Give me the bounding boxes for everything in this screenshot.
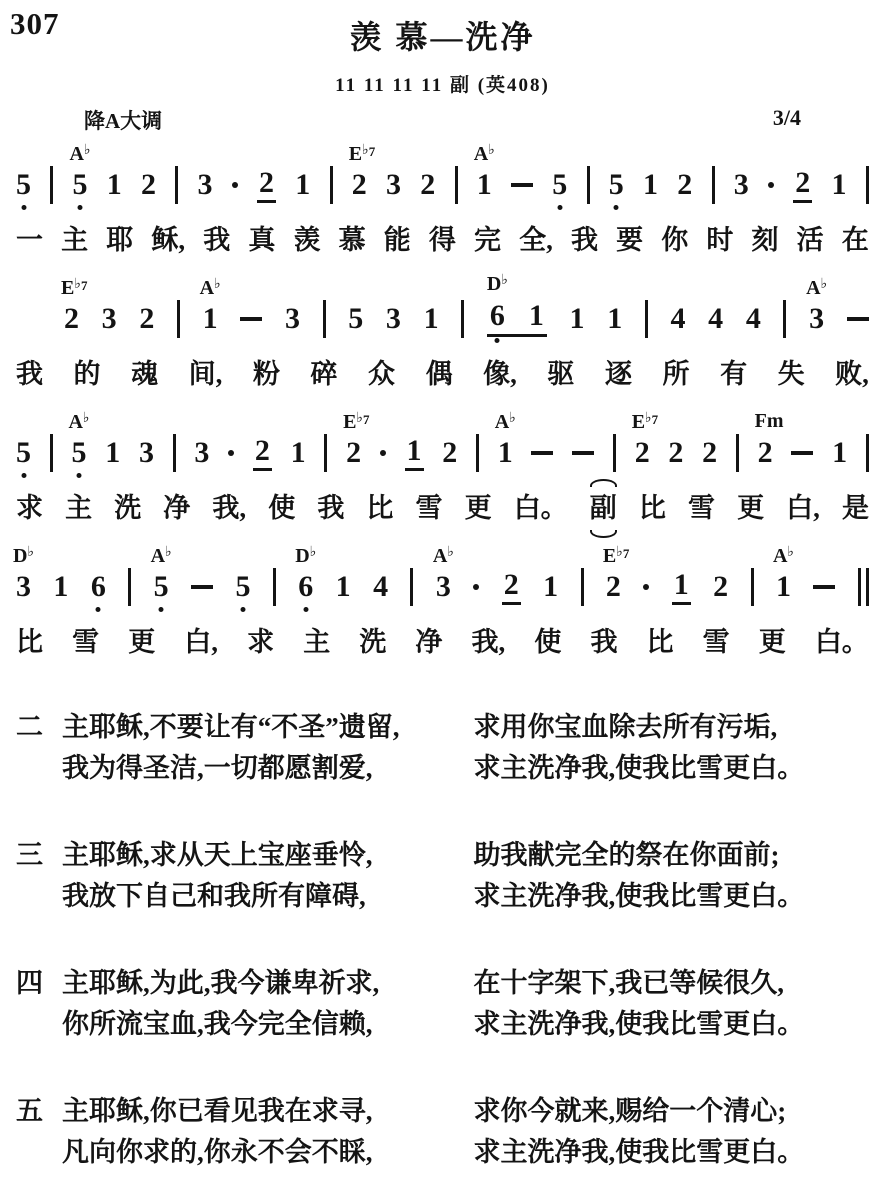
note: 5 bbox=[16, 170, 31, 200]
verse-line: 求主洗净我,使我比雪更白。 bbox=[474, 1004, 870, 1045]
lyric-unit: 一 bbox=[16, 222, 43, 259]
flat-sign: ♭ bbox=[362, 142, 369, 158]
note: 1 bbox=[643, 170, 658, 200]
barline bbox=[177, 300, 180, 338]
lyric-unit: 偶 bbox=[426, 356, 453, 393]
note: 3 bbox=[386, 304, 401, 334]
note: 1A♭ bbox=[203, 304, 218, 334]
note: 1 bbox=[607, 304, 622, 334]
music-system-3: 55A♭133212E♭7121A♭2E♭7222Fm1求主洗净我,使我比雪更白… bbox=[16, 433, 869, 527]
music-notation: 55A♭123212E♭7321A♭5512321一主耶稣,我真羡慕能得完全,我… bbox=[16, 165, 869, 661]
verse-column-left: 主耶稣,求从天上宝座垂怜, 我放下自己和我所有障碍, bbox=[62, 835, 458, 917]
note: 6D♭ bbox=[298, 572, 313, 602]
note: 5 bbox=[16, 438, 31, 468]
lyric-unit: 洗 bbox=[359, 624, 386, 661]
note: 1 bbox=[53, 572, 68, 602]
note: 6 bbox=[490, 301, 505, 331]
note: 1 bbox=[832, 438, 847, 468]
lyric-unit: 能 bbox=[384, 222, 411, 259]
note: 1 bbox=[107, 170, 122, 200]
note: 4 bbox=[708, 304, 723, 334]
barline bbox=[173, 434, 176, 472]
chord-root: A bbox=[806, 277, 820, 299]
flat-sign: ♭ bbox=[501, 272, 508, 288]
barline bbox=[783, 300, 786, 338]
note: 2 bbox=[793, 168, 812, 203]
lyric-unit: 求 bbox=[16, 490, 43, 527]
chord-label: A♭ bbox=[495, 411, 516, 432]
barline bbox=[410, 568, 413, 606]
lyric-unit: 我, bbox=[212, 490, 246, 527]
verse-column-left: 主耶稣,你已看见我在求寻, 凡向你求的,你永不会不睬, bbox=[62, 1091, 458, 1173]
lyric-unit: 驱 bbox=[547, 356, 574, 393]
dotted-note-dot bbox=[473, 584, 479, 590]
note: 2 bbox=[702, 438, 717, 468]
lyric-unit: 我 bbox=[317, 490, 344, 527]
lyric-row: 比雪更白,求主洗净我,使我比雪更白。 bbox=[16, 624, 869, 661]
notes-row: 2E♭7321A♭3531D♭61114443A♭ bbox=[16, 299, 869, 339]
note: 2 bbox=[139, 304, 154, 334]
duration-dash bbox=[572, 451, 594, 455]
duration-dash bbox=[847, 317, 869, 321]
duration-dash bbox=[531, 451, 553, 455]
note: 5A♭ bbox=[73, 170, 88, 200]
lyric-unit: 在 bbox=[842, 222, 869, 259]
chord-root: A bbox=[151, 545, 165, 567]
verse-number: 三 bbox=[16, 835, 62, 917]
note: 3 bbox=[285, 304, 300, 334]
barline bbox=[736, 434, 739, 472]
beam-group: D♭61 bbox=[487, 301, 547, 337]
chord-label: Fm bbox=[755, 411, 784, 431]
barline bbox=[50, 434, 53, 472]
chord-label: E♭7 bbox=[61, 277, 87, 298]
verse-column-right: 求用你宝血除去所有污垢, 求主洗净我,使我比雪更白。 bbox=[474, 707, 870, 789]
lyric-unit: 失 bbox=[778, 356, 805, 393]
flat-sign: ♭ bbox=[310, 544, 317, 560]
lyric-unit: 碎 bbox=[310, 356, 337, 393]
note: 3 bbox=[734, 170, 749, 200]
note: 5 bbox=[235, 572, 250, 602]
verse-line: 你所流宝血,我今完全信赖, bbox=[62, 1004, 458, 1045]
note: 2 bbox=[141, 170, 156, 200]
barline bbox=[581, 568, 584, 606]
note: 3 bbox=[102, 304, 117, 334]
verse-number: 四 bbox=[16, 963, 62, 1045]
barline bbox=[712, 166, 715, 204]
note: 1 bbox=[105, 438, 120, 468]
barline bbox=[476, 434, 479, 472]
note: 3D♭ bbox=[16, 572, 31, 602]
lyric-unit: 我 bbox=[203, 222, 230, 259]
note: 5A♭ bbox=[154, 572, 169, 602]
lyric-unit: 使 bbox=[268, 490, 295, 527]
flat-sign: ♭ bbox=[509, 410, 516, 426]
lyric-unit: 众 bbox=[368, 356, 395, 393]
lyric-unit: 比 bbox=[366, 490, 393, 527]
note: 1 bbox=[424, 304, 439, 334]
verse-line: 主耶稣,你已看见我在求寻, bbox=[62, 1091, 458, 1132]
lyric-unit: 慕 bbox=[339, 222, 366, 259]
flat-sign: ♭ bbox=[645, 410, 652, 426]
barline bbox=[128, 568, 131, 606]
flat-sign: ♭ bbox=[488, 142, 495, 158]
chord-root: Fm bbox=[755, 410, 784, 432]
barline bbox=[751, 568, 754, 606]
barline bbox=[461, 300, 464, 338]
lyric-unit: 稣, bbox=[151, 222, 185, 259]
note: 1 bbox=[529, 301, 544, 331]
note: 2 bbox=[420, 170, 435, 200]
time-signature: 3/4 bbox=[773, 105, 801, 135]
note: 2E♭7 bbox=[606, 572, 621, 602]
notes-row: 55A♭133212E♭7121A♭2E♭7222Fm1 bbox=[16, 433, 869, 473]
verse-line: 主耶稣,不要让有“不圣”遗留, bbox=[62, 707, 458, 748]
lyric-unit: 我 bbox=[590, 624, 617, 661]
note: 2E♭7 bbox=[352, 170, 367, 200]
lyric-unit: 间, bbox=[189, 356, 223, 393]
chord-label: E♭7 bbox=[349, 143, 375, 164]
verse-line: 助我献完全的祭在你面前; bbox=[474, 835, 870, 876]
note: 1 bbox=[672, 570, 691, 605]
lyric-row: 求主洗净我,使我比雪更白。副比雪更白,是 bbox=[16, 490, 869, 527]
duration-dash bbox=[511, 183, 533, 187]
chord-label: A♭ bbox=[433, 545, 454, 566]
barline bbox=[175, 166, 178, 204]
lyric-unit: 我 bbox=[16, 356, 43, 393]
verse-number: 二 bbox=[16, 707, 62, 789]
barline bbox=[645, 300, 648, 338]
chord-root: A bbox=[773, 545, 787, 567]
note: 1 bbox=[295, 170, 310, 200]
verse-column-right: 在十字架下,我已等候很久, 求主洗净我,使我比雪更白。 bbox=[474, 963, 870, 1045]
flat-sign: ♭ bbox=[787, 544, 794, 560]
verse-3: 三 主耶稣,求从天上宝座垂怜, 我放下自己和我所有障碍, 助我献完全的祭在你面前… bbox=[16, 835, 869, 917]
note: 5 bbox=[609, 170, 624, 200]
chord-label: D♭ bbox=[295, 545, 316, 566]
dotted-note-dot bbox=[380, 450, 386, 456]
page-number: 307 bbox=[10, 6, 60, 42]
lyric-unit: 全, bbox=[519, 222, 553, 259]
note: 3 bbox=[386, 170, 401, 200]
verse-line: 求主洗净我,使我比雪更白。 bbox=[474, 748, 870, 789]
note: 1A♭ bbox=[498, 438, 513, 468]
verse-line: 求主洗净我,使我比雪更白。 bbox=[474, 1132, 870, 1173]
chord-root: A bbox=[474, 143, 488, 165]
chord-root: E bbox=[349, 143, 362, 165]
verse-line: 主耶稣,为此,我今谦卑祈求, bbox=[62, 963, 458, 1004]
barline bbox=[50, 166, 53, 204]
lyric-unit: 有 bbox=[720, 356, 747, 393]
lyric-unit: 我 bbox=[571, 222, 598, 259]
barline bbox=[324, 434, 327, 472]
note: 2 bbox=[668, 438, 683, 468]
lyric-unit: 白。 bbox=[514, 490, 568, 527]
note: 1 bbox=[336, 572, 351, 602]
chord-root: A bbox=[70, 143, 84, 165]
chord-label: A♭ bbox=[806, 277, 827, 298]
lyric-unit: 比 bbox=[647, 624, 674, 661]
verse-line: 我放下自己和我所有障碍, bbox=[62, 876, 458, 917]
chord-root: E bbox=[343, 411, 356, 433]
lyric-unit: 时 bbox=[706, 222, 733, 259]
lyric-unit: 逐 bbox=[605, 356, 632, 393]
note: 1 bbox=[570, 304, 585, 334]
duration-dash bbox=[240, 317, 262, 321]
chord-root: E bbox=[61, 277, 74, 299]
flat-sign: ♭ bbox=[616, 544, 623, 560]
chord-label: A♭ bbox=[773, 545, 794, 566]
chord-label: E♭7 bbox=[343, 411, 369, 432]
flat-sign: ♭ bbox=[83, 410, 90, 426]
lyric-unit: 洗 bbox=[114, 490, 141, 527]
note: 1A♭ bbox=[776, 572, 791, 602]
barline bbox=[273, 568, 276, 606]
note: 1 bbox=[291, 438, 306, 468]
note: 2E♭7 bbox=[346, 438, 361, 468]
chord-seventh: 7 bbox=[81, 278, 88, 293]
note: 1 bbox=[832, 170, 847, 200]
chord-root: A bbox=[433, 545, 447, 567]
note: 1A♭ bbox=[477, 170, 492, 200]
chord-root: A bbox=[68, 411, 82, 433]
barline bbox=[323, 300, 326, 338]
note: 4 bbox=[373, 572, 388, 602]
lyric-unit: 像, bbox=[483, 356, 517, 393]
chord-root: D bbox=[295, 545, 309, 567]
flat-sign: ♭ bbox=[84, 142, 91, 158]
barline bbox=[866, 166, 869, 204]
lyric-unit: 更 bbox=[737, 490, 764, 527]
note: 2 bbox=[713, 572, 728, 602]
lyric-unit: 羡 bbox=[294, 222, 321, 259]
lyric-unit: 主 bbox=[61, 222, 88, 259]
lyric-unit: 雪 bbox=[688, 490, 715, 527]
dotted-note-dot bbox=[768, 182, 774, 188]
dotted-note-dot bbox=[643, 584, 649, 590]
verse-line: 凡向你求的,你永不会不睬, bbox=[62, 1132, 458, 1173]
note: 2 bbox=[502, 570, 521, 605]
chord-seventh: 7 bbox=[369, 144, 376, 159]
note: 5 bbox=[552, 170, 567, 200]
lyric-unit: 败, bbox=[835, 356, 869, 393]
duration-dash bbox=[813, 585, 835, 589]
lyric-unit: 白, bbox=[184, 624, 218, 661]
hymn-title: 羡 慕—洗净 bbox=[16, 8, 869, 58]
verse-number: 五 bbox=[16, 1091, 62, 1173]
lyric-unit: 白, bbox=[786, 490, 820, 527]
flat-sign: ♭ bbox=[447, 544, 454, 560]
lyric-unit: 完 bbox=[474, 222, 501, 259]
lyric-unit: 耶 bbox=[106, 222, 133, 259]
music-system-2: 2E♭7321A♭3531D♭61114443A♭我的魂间,粉碎众偶像,驱逐所有… bbox=[16, 299, 869, 393]
note: 2 bbox=[257, 168, 276, 203]
barline bbox=[455, 166, 458, 204]
lyric-unit: 更 bbox=[465, 490, 492, 527]
lyric-unit: 是 bbox=[842, 490, 869, 527]
chord-label: A♭ bbox=[70, 143, 91, 164]
note: 2E♭7 bbox=[64, 304, 79, 334]
verse-column-right: 求你今就来,赐给一个清心; 求主洗净我,使我比雪更白。 bbox=[474, 1091, 870, 1173]
note: 6 bbox=[91, 572, 106, 602]
barline bbox=[587, 166, 590, 204]
chord-label: A♭ bbox=[200, 277, 221, 298]
note: 2E♭7 bbox=[635, 438, 650, 468]
notes-row: 3D♭165A♭56D♭143A♭212E♭7121A♭ bbox=[16, 567, 869, 607]
lyric-unit: 更 bbox=[759, 624, 786, 661]
verse-line: 求你今就来,赐给一个清心; bbox=[474, 1091, 870, 1132]
verse-line: 在十字架下,我已等候很久, bbox=[474, 963, 870, 1004]
chord-label: A♭ bbox=[68, 411, 89, 432]
music-system-1: 55A♭123212E♭7321A♭5512321一主耶稣,我真羡慕能得完全,我… bbox=[16, 165, 869, 259]
lyric-row: 我的魂间,粉碎众偶像,驱逐所有失败, bbox=[16, 356, 869, 393]
lyric-unit: 刻 bbox=[752, 222, 779, 259]
chord-root: E bbox=[603, 545, 616, 567]
note: 2 bbox=[253, 436, 272, 471]
hymn-meter-subtitle: 11 11 11 11 副 (英408) bbox=[16, 70, 869, 97]
note: 1 bbox=[405, 436, 424, 471]
lyric-unit: 使 bbox=[534, 624, 561, 661]
lyric-unit: 比 bbox=[639, 490, 666, 527]
note: 3 bbox=[139, 438, 154, 468]
lyric-unit: 比 bbox=[16, 624, 43, 661]
chord-label: A♭ bbox=[474, 143, 495, 164]
dotted-note-dot bbox=[232, 182, 238, 188]
lyric-unit: 粉 bbox=[253, 356, 280, 393]
duration-dash bbox=[791, 451, 813, 455]
duration-dash bbox=[191, 585, 213, 589]
barline bbox=[613, 434, 616, 472]
lyric-unit: 我, bbox=[472, 624, 506, 661]
lyric-unit: 雪 bbox=[703, 624, 730, 661]
note: 2Fm bbox=[758, 438, 773, 468]
flat-sign: ♭ bbox=[214, 276, 221, 292]
chord-label: E♭7 bbox=[603, 545, 629, 566]
lyric-unit: 更 bbox=[128, 624, 155, 661]
chord-seventh: 7 bbox=[623, 546, 630, 561]
verse-4: 四 主耶稣,为此,我今谦卑祈求, 你所流宝血,我今完全信赖, 在十字架下,我已等… bbox=[16, 963, 869, 1045]
hymn-page: 307 羡 慕—洗净 11 11 11 11 副 (英408) 降A大调 3/4… bbox=[0, 0, 885, 1195]
note: 2 bbox=[677, 170, 692, 200]
chord-root: D bbox=[13, 545, 27, 567]
note: 4 bbox=[746, 304, 761, 334]
lyric-unit: 的 bbox=[74, 356, 101, 393]
flat-sign: ♭ bbox=[165, 544, 172, 560]
note: 5 bbox=[348, 304, 363, 334]
lyric-unit: 主 bbox=[303, 624, 330, 661]
verse-line: 我为得圣洁,一切都愿割爱, bbox=[62, 748, 458, 789]
verse-line: 求主洗净我,使我比雪更白。 bbox=[474, 876, 870, 917]
lyric-unit: 净 bbox=[163, 490, 190, 527]
note: 1 bbox=[543, 572, 558, 602]
dotted-note-dot bbox=[228, 450, 234, 456]
notes-row: 55A♭123212E♭7321A♭5512321 bbox=[16, 165, 869, 205]
note: 5A♭ bbox=[71, 438, 86, 468]
chord-label: D♭ bbox=[13, 545, 34, 566]
lyric-unit: 求 bbox=[247, 624, 274, 661]
note: 3A♭ bbox=[809, 304, 824, 334]
flat-sign: ♭ bbox=[821, 276, 828, 292]
chord-root: A bbox=[495, 411, 509, 433]
barline bbox=[866, 434, 869, 472]
note: 4 bbox=[671, 304, 686, 334]
lyric-unit: 雪 bbox=[72, 624, 99, 661]
header: 307 羡 慕—洗净 bbox=[16, 0, 869, 56]
chord-seventh: 7 bbox=[363, 412, 370, 427]
verse-5: 五 主耶稣,你已看见我在求寻, 凡向你求的,你永不会不睬, 求你今就来,赐给一个… bbox=[16, 1091, 869, 1173]
flat-sign: ♭ bbox=[74, 276, 81, 292]
chord-root: E bbox=[632, 411, 645, 433]
chord-label: E♭7 bbox=[632, 411, 658, 432]
barline bbox=[330, 166, 333, 204]
note: 3 bbox=[198, 170, 213, 200]
chord-root: A bbox=[200, 277, 214, 299]
lyric-unit: 要 bbox=[616, 222, 643, 259]
lyric-row: 一主耶稣,我真羡慕能得完全,我要你时刻活在 bbox=[16, 222, 869, 259]
verse-column-left: 主耶稣,为此,我今谦卑祈求, 你所流宝血,我今完全信赖, bbox=[62, 963, 458, 1045]
chord-root: D bbox=[487, 273, 501, 295]
double-barline bbox=[858, 568, 869, 606]
note: 3 bbox=[194, 438, 209, 468]
chord-seventh: 7 bbox=[652, 412, 659, 427]
lyric-unit: 主 bbox=[65, 490, 92, 527]
lyric-unit: 你 bbox=[661, 222, 688, 259]
lyric-unit: 得 bbox=[429, 222, 456, 259]
lyric-unit: 真 bbox=[248, 222, 275, 259]
note: 3A♭ bbox=[436, 572, 451, 602]
lyric-unit: 所 bbox=[663, 356, 690, 393]
flat-sign: ♭ bbox=[27, 544, 34, 560]
chord-label: A♭ bbox=[151, 545, 172, 566]
verse-line: 主耶稣,求从天上宝座垂怜, bbox=[62, 835, 458, 876]
verses: 二 主耶稣,不要让有“不圣”遗留, 我为得圣洁,一切都愿割爱, 求用你宝血除去所… bbox=[16, 707, 869, 1173]
key-meter-row: 降A大调 3/4 bbox=[16, 105, 869, 135]
music-system-4: 3D♭165A♭56D♭143A♭212E♭7121A♭比雪更白,求主洗净我,使… bbox=[16, 567, 869, 661]
lyric-unit: 活 bbox=[797, 222, 824, 259]
chord-label: D♭ bbox=[487, 273, 508, 294]
verse-2: 二 主耶稣,不要让有“不圣”遗留, 我为得圣洁,一切都愿割爱, 求用你宝血除去所… bbox=[16, 707, 869, 789]
verse-column-right: 助我献完全的祭在你面前; 求主洗净我,使我比雪更白。 bbox=[474, 835, 870, 917]
lyric-unit: 净 bbox=[415, 624, 442, 661]
note: 2 bbox=[442, 438, 457, 468]
lyric-unit: 白。 bbox=[815, 624, 869, 661]
lyric-unit: 魂 bbox=[131, 356, 158, 393]
verse-column-left: 主耶稣,不要让有“不圣”遗留, 我为得圣洁,一切都愿割爱, bbox=[62, 707, 458, 789]
lyric-unit: 雪 bbox=[416, 490, 443, 527]
chorus-mark: 副 bbox=[590, 490, 617, 527]
key-signature: 降A大调 bbox=[84, 105, 162, 135]
verse-line: 求用你宝血除去所有污垢, bbox=[474, 707, 870, 748]
